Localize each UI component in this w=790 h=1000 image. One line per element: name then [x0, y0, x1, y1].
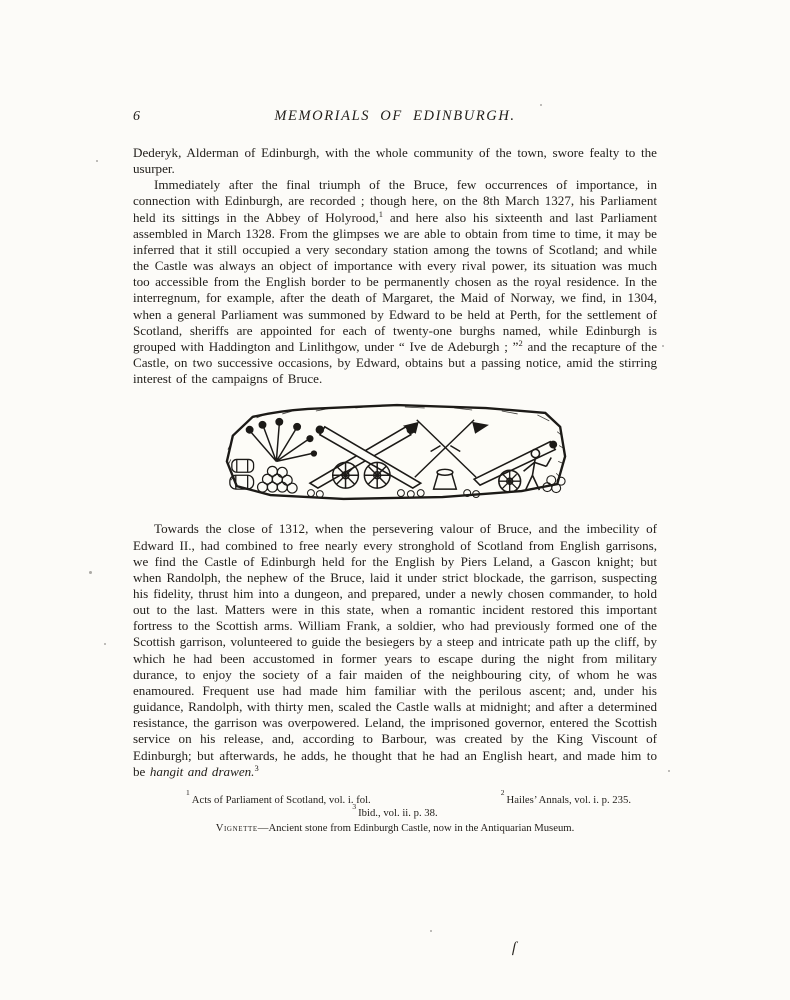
page-number: 6: [133, 109, 140, 125]
paragraph-bruce-triumph: Immediately after the final triumph of t…: [133, 177, 657, 387]
footnote-1: 1Acts of Parliament of Scotland, vol. i.…: [186, 794, 371, 808]
running-head: 6 MEMORIALS OF EDINBURGH.: [133, 108, 657, 125]
footnote-text: Acts of Parliament of Scotland, vol. i. …: [192, 794, 371, 806]
footnote-text: Ibid., vol. ii. p. 38.: [358, 807, 438, 819]
footnotes-block: 1Acts of Parliament of Scotland, vol. i.…: [133, 794, 657, 836]
paragraph-text: and here also his sixteenth and last Par…: [133, 210, 657, 354]
ink-speck: [89, 571, 92, 574]
footnote-marker: 2: [501, 788, 505, 797]
footnote-marker: 3: [352, 802, 356, 811]
ink-speck: [104, 643, 106, 645]
footnote-text: Hailes’ Annals, vol. i. p. 235.: [507, 794, 631, 806]
paragraph-text: Dederyk, Alderman of Edinburgh, with the…: [133, 145, 657, 176]
ink-speck: [540, 104, 542, 106]
vignette-caption: Vignette—Ancient stone from Edinburgh Ca…: [133, 822, 657, 836]
printers-mark: ſ: [512, 940, 517, 957]
footnote-2: 2Hailes’ Annals, vol. i. p. 235.: [501, 794, 631, 808]
italic-phrase: hangit and drawen.: [150, 764, 255, 779]
ink-speck: [96, 160, 98, 162]
paragraph-text: Towards the close of 1312, when the pers…: [133, 521, 657, 778]
footnote-ref-1: 1: [379, 209, 383, 219]
footnote-ref-3: 3: [254, 763, 258, 773]
vignette-caption-label: Vignette: [216, 822, 258, 834]
paragraph-castle-recapture: Towards the close of 1312, when the pers…: [133, 521, 657, 780]
vignette-caption-body: Vignette—Ancient stone from Edinburgh Ca…: [216, 822, 575, 836]
ink-speck: [662, 345, 664, 347]
paragraph-continuation: Dederyk, Alderman of Edinburgh, with the…: [133, 145, 657, 177]
running-title: MEMORIALS OF EDINBURGH.: [274, 108, 515, 125]
footnote-ref-2: 2: [518, 338, 522, 348]
text-column: 6 MEMORIALS OF EDINBURGH. Dederyk, Alder…: [133, 108, 657, 835]
vignette-engraving: [216, 402, 574, 509]
ink-speck: [430, 930, 432, 932]
mortar: [434, 470, 457, 490]
vignette-caption-text: —Ancient stone from Edinburgh Castle, no…: [258, 822, 575, 834]
book-page-scan: 6 MEMORIALS OF EDINBURGH. Dederyk, Alder…: [0, 0, 790, 1000]
footnote-marker: 1: [186, 788, 190, 797]
footnote-row: 1Acts of Parliament of Scotland, vol. i.…: [133, 794, 657, 808]
ancient-stone-engraving: [217, 402, 573, 504]
footnote-3: 3Ibid., vol. ii. p. 38.: [352, 807, 437, 821]
footnote-row: 3Ibid., vol. ii. p. 38.: [133, 807, 657, 821]
ink-speck: [668, 770, 670, 772]
